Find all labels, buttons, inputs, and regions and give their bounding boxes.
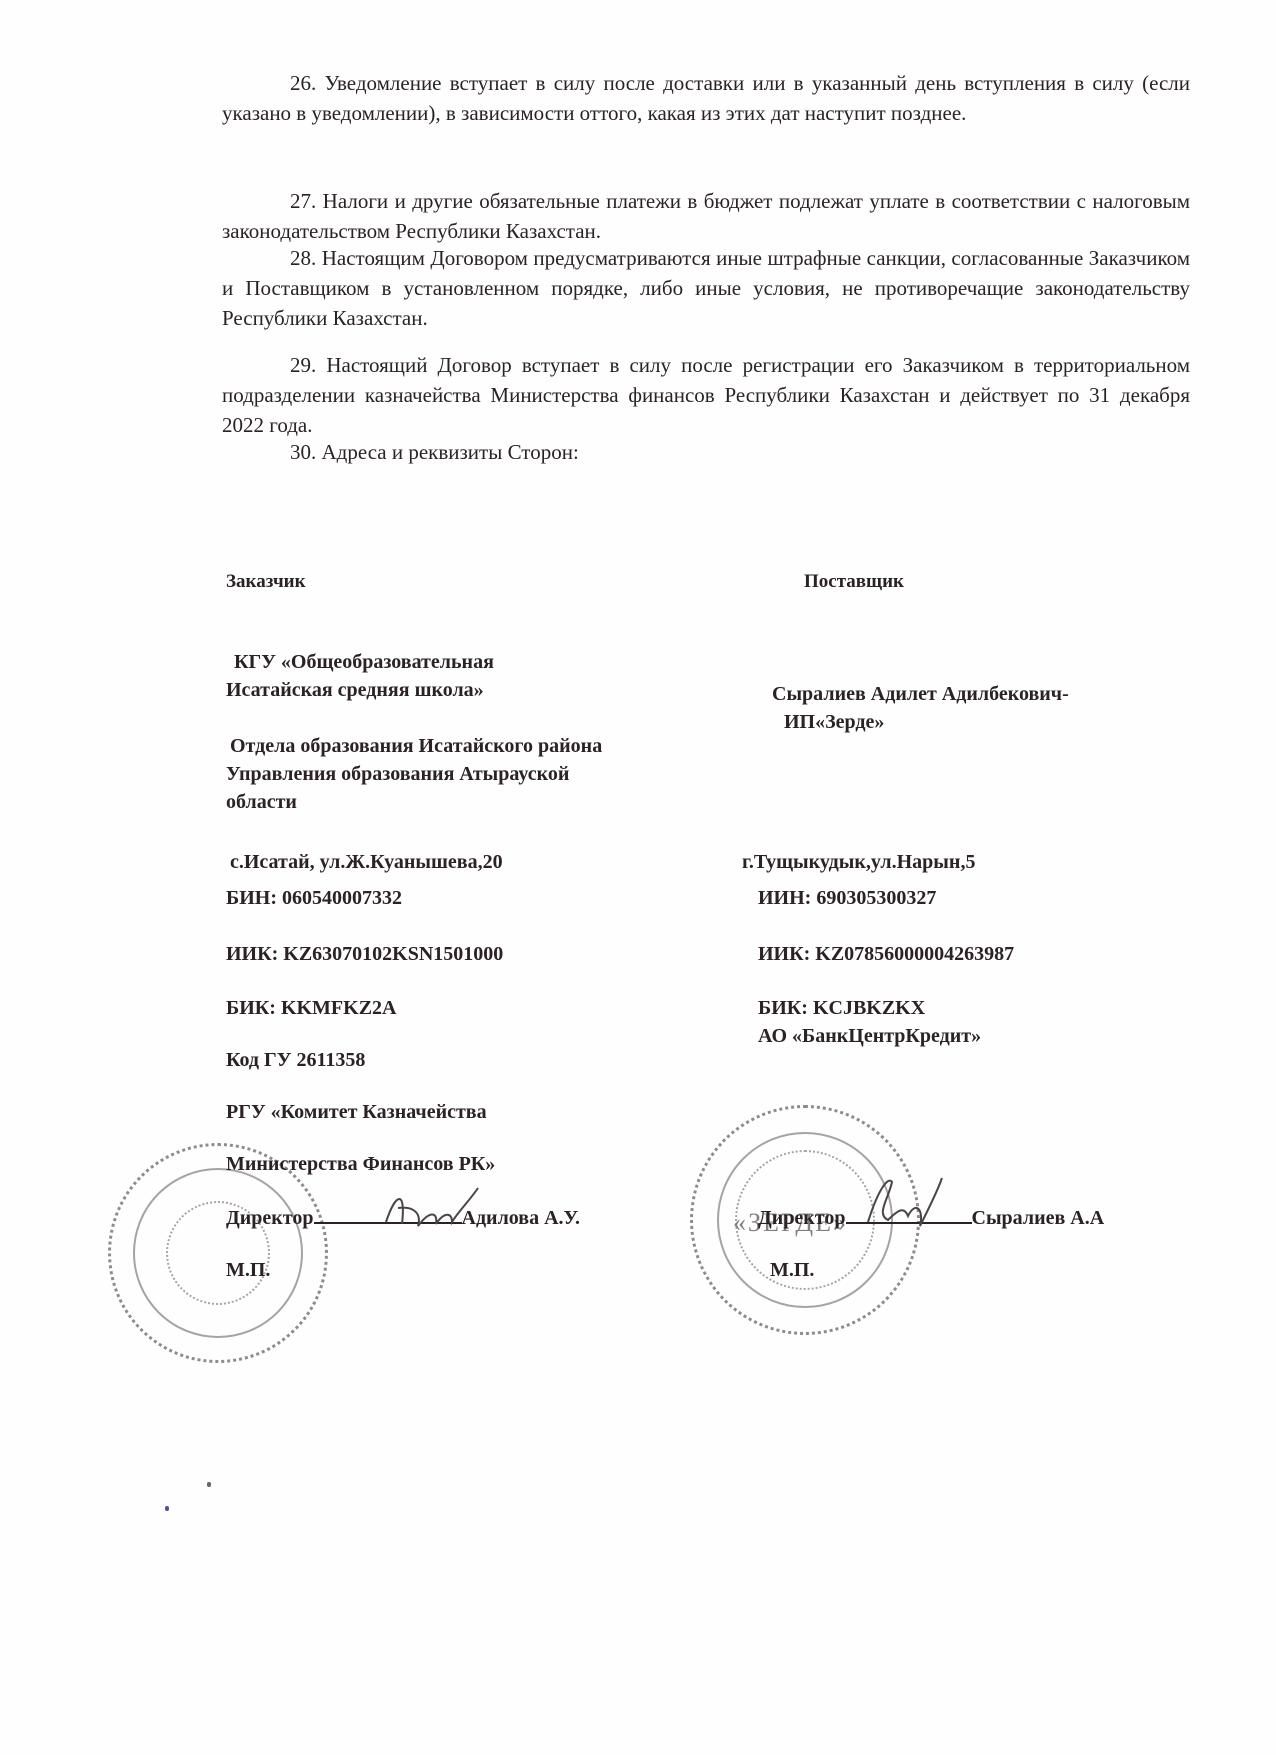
customer-seal-mark: М.П. xyxy=(226,1256,270,1284)
customer-name-line1: КГУ «Общеобразовательная xyxy=(234,648,494,676)
customer-bik: БИК: KKMFKZ2A xyxy=(226,994,397,1022)
clause-text: Настоящий Договор вступает в силу после … xyxy=(222,353,1190,437)
customer-treasury-line2: Министерства Финансов РК» xyxy=(226,1150,495,1178)
supplier-iin: ИИН: 690305300327 xyxy=(758,884,936,912)
supplier-address: г.Тущыкудык,ул.Нарын,5 xyxy=(742,848,975,876)
scan-speck xyxy=(207,1482,211,1487)
supplier-signature-icon xyxy=(858,1170,948,1240)
clause-number: 26. xyxy=(290,71,316,95)
scan-speck xyxy=(165,1506,169,1511)
customer-signature-icon xyxy=(378,1182,488,1242)
clause-text: Адреса и реквизиты Сторон: xyxy=(322,440,579,464)
customer-dept-line3: области xyxy=(226,788,297,816)
customer-dept-line2: Управления образования Атырауской xyxy=(226,760,569,788)
customer-bin: БИН: 060540007332 xyxy=(226,884,402,912)
clause-27: 27. Налоги и другие обязательные платежи… xyxy=(222,186,1190,246)
supplier-name-line2: ИП«Зерде» xyxy=(784,708,884,736)
customer-iik: ИИК: KZ63070102KSN1501000 xyxy=(226,940,503,968)
clause-number: 30. xyxy=(290,440,316,464)
supplier-bank: АО «БанкЦентрКредит» xyxy=(758,1022,981,1050)
customer-heading: Заказчик xyxy=(226,568,306,596)
customer-address: с.Исатай, ул.Ж.Куанышева,20 xyxy=(230,848,503,876)
clause-number: 28. xyxy=(290,246,316,270)
clause-text: Налоги и другие обязательные платежи в б… xyxy=(222,189,1190,243)
supplier-bik: БИК: KCJBKZKX xyxy=(758,994,925,1022)
supplier-signer-title: Директор xyxy=(758,1207,846,1229)
supplier-iik: ИИК: KZ07856000004263987 xyxy=(758,940,1014,968)
contract-page: 26. Уведомление вступает в силу после до… xyxy=(0,0,1276,1755)
clause-29: 29. Настоящий Договор вступает в силу по… xyxy=(222,350,1190,440)
supplier-heading: Поставщик xyxy=(804,568,904,596)
clause-26: 26. Уведомление вступает в силу после до… xyxy=(222,68,1190,128)
customer-treasury-line1: РГУ «Комитет Казначейства xyxy=(226,1098,487,1126)
supplier-seal-mark: М.П. xyxy=(770,1256,814,1284)
clause-30: 30. Адреса и реквизиты Сторон: xyxy=(222,437,1190,467)
clause-number: 29. xyxy=(290,353,316,377)
clause-text: Уведомление вступает в силу после достав… xyxy=(222,71,1190,125)
customer-name-line2: Исатайская средняя школа» xyxy=(226,676,484,704)
clause-28: 28. Настоящим Договором предусматриваютс… xyxy=(222,243,1190,333)
supplier-signer-name: Сыралиев А.А xyxy=(972,1207,1105,1229)
customer-signer-title: Директор xyxy=(226,1207,314,1229)
supplier-name-line1: Сыралиев Адилет Адилбекович- xyxy=(772,680,1069,708)
customer-dept-line1: Отдела образования Исатайского района xyxy=(230,732,602,760)
customer-gu-code: Код ГУ 2611358 xyxy=(226,1046,365,1074)
clause-text: Настоящим Договором предусматриваются ин… xyxy=(222,246,1190,330)
clause-number: 27. xyxy=(290,189,316,213)
